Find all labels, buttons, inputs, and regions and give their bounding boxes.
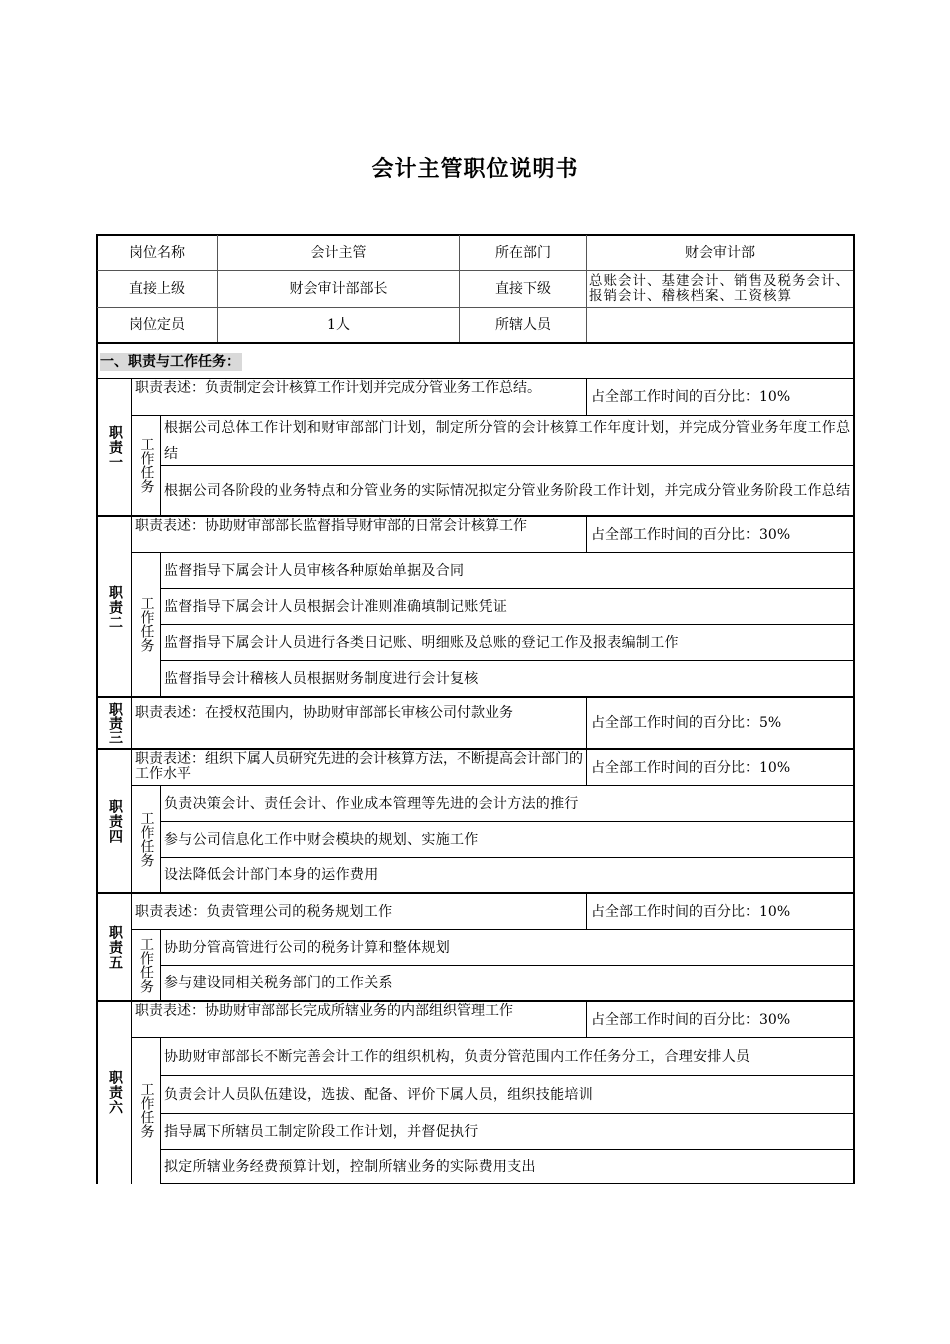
task-item: 参与公司信息化工作中财会模块的规划、实施工作 bbox=[161, 822, 853, 857]
section-header: 一、职责与工作任务： bbox=[96, 343, 855, 379]
task-label: 工作任务 bbox=[132, 1037, 160, 1183]
task-item: 指导属下所辖员工制定阶段工作计划，并督促执行 bbox=[161, 1114, 853, 1149]
duty-name: 职责四 bbox=[98, 750, 131, 893]
task-item: 设法降低会计部门本身的运作费用 bbox=[161, 858, 853, 892]
label-department: 所在部门 bbox=[460, 236, 586, 270]
label-headcount: 岗位定员 bbox=[97, 308, 217, 342]
task-item: 监督指导下属会计人员进行各类日记账、明细账及总账的登记工作及报表编制工作 bbox=[161, 625, 853, 660]
value-position-name: 会计主管 bbox=[218, 236, 459, 270]
duty-name: 职责三 bbox=[98, 698, 131, 748]
duty-name: 职责五 bbox=[98, 894, 131, 1000]
task-item: 监督指导会计稽核人员根据财务制度进行会计复核 bbox=[161, 661, 853, 696]
task-item: 根据公司总体工作计划和财审部部门计划，制定所分管的会计核算工作年度计划，并完成分… bbox=[161, 416, 853, 465]
duty-description: 职责表述：协助财审部部长监督指导财审部的日常会计核算工作 bbox=[132, 517, 586, 552]
section-title: 一、职责与工作任务： bbox=[100, 353, 242, 371]
label-managed-staff: 所辖人员 bbox=[460, 308, 586, 342]
duty-description: 职责表述：负责制定会计核算工作计划并完成分管业务工作总结。 bbox=[132, 379, 586, 415]
task-item: 负责决策会计、责任会计、作业成本管理等先进的会计方法的推行 bbox=[161, 786, 853, 821]
task-item: 监督指导下属会计人员审核各种原始单据及合同 bbox=[161, 553, 853, 588]
task-item: 拟定所辖业务经费预算计划，控制所辖业务的实际费用支出 bbox=[161, 1150, 853, 1183]
duty-percent: 占全部工作时间的百分比：10% bbox=[587, 379, 853, 415]
value-department: 财会审计部 bbox=[587, 236, 853, 270]
duty-name: 职责六 bbox=[98, 1002, 131, 1182]
task-item: 参与建设同相关税务部门的工作关系 bbox=[161, 966, 853, 1000]
task-item: 负责会计人员队伍建设，选拔、配备、评价下属人员，组织技能培训 bbox=[161, 1076, 853, 1113]
duty-percent: 占全部工作时间的百分比：30% bbox=[587, 1002, 853, 1037]
label-direct-superior: 直接上级 bbox=[97, 271, 217, 307]
table-bottom-border bbox=[161, 1183, 855, 1184]
value-direct-subordinates: 总账会计、基建会计、销售及税务会计、报销会计、稽核档案、工资核算 bbox=[587, 271, 853, 307]
duty-description: 职责表述：组织下属人员研究先进的会计核算方法，不断提高会计部门的工作水平 bbox=[132, 750, 586, 785]
task-label: 工作任务 bbox=[132, 929, 160, 1000]
table-right-border bbox=[853, 379, 855, 1184]
label-direct-subordinates: 直接下级 bbox=[460, 271, 586, 307]
duty-percent: 占全部工作时间的百分比：5% bbox=[587, 698, 853, 748]
label-position-name: 岗位名称 bbox=[97, 236, 217, 270]
duty-name: 职责二 bbox=[98, 517, 131, 697]
task-label: 工作任务 bbox=[132, 785, 160, 892]
value-managed-staff bbox=[587, 308, 853, 342]
task-item: 根据公司各阶段的业务特点和分管业务的实际情况拟定分管业务阶段工作计划，并完成分管… bbox=[161, 466, 853, 515]
value-headcount: 1人 bbox=[218, 308, 459, 342]
task-item: 协助财审部部长不断完善会计工作的组织机构，负责分管范围内工作任务分工，合理安排人… bbox=[161, 1038, 853, 1075]
task-item: 监督指导下属会计人员根据会计准则准确填制记账凭证 bbox=[161, 589, 853, 624]
duty-description: 职责表述：负责管理公司的税务规划工作 bbox=[132, 894, 586, 929]
task-label: 工作任务 bbox=[132, 552, 160, 696]
duty-percent: 占全部工作时间的百分比：10% bbox=[587, 750, 853, 785]
value-direct-superior: 财会审计部部长 bbox=[218, 271, 459, 307]
duty-description: 职责表述：协助财审部部长完成所辖业务的内部组织管理工作 bbox=[132, 1002, 586, 1037]
duty-name: 职责一 bbox=[98, 379, 131, 516]
document-title: 会计主管职位说明书 bbox=[0, 152, 950, 183]
duty-description: 职责表述：在授权范围内，协助财审部部长审核公司付款业务 bbox=[132, 698, 586, 748]
task-label: 工作任务 bbox=[132, 415, 160, 515]
duty-percent: 占全部工作时间的百分比：30% bbox=[587, 517, 853, 552]
duty-percent: 占全部工作时间的百分比：10% bbox=[587, 894, 853, 929]
task-item: 协助分管高管进行公司的税务计算和整体规划 bbox=[161, 930, 853, 965]
